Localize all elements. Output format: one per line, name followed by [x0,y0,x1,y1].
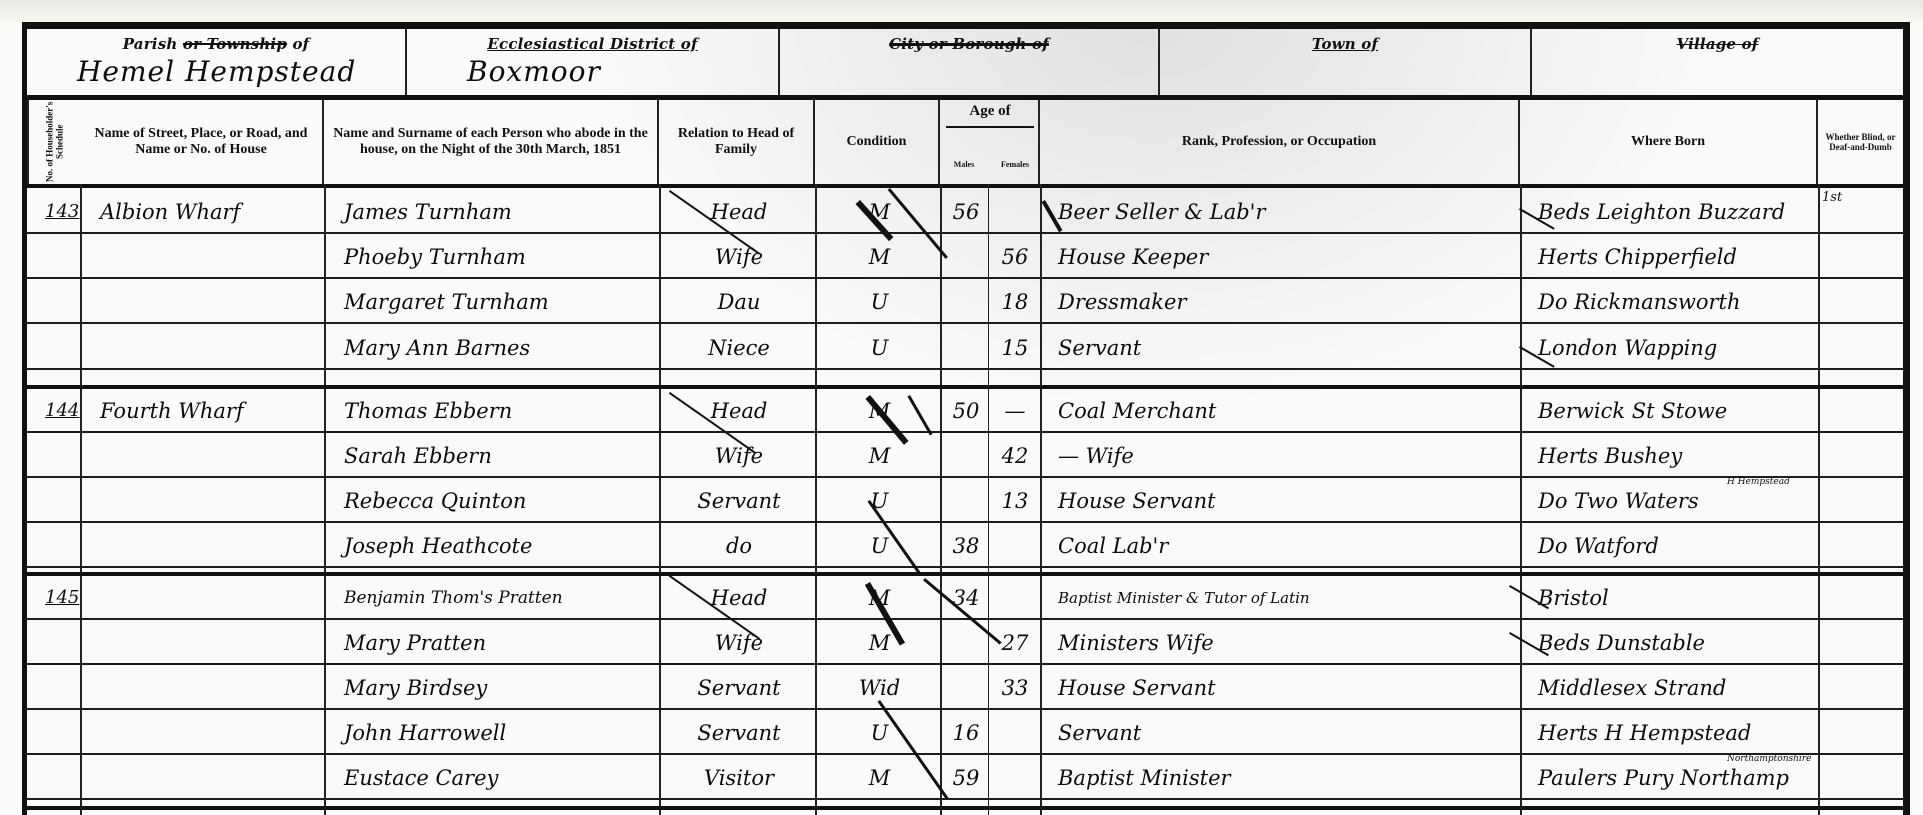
birthplace-cell: Herts Chipperfield [1520,235,1818,279]
row-rule [27,798,1903,800]
row-rule [27,476,1903,478]
relation-cell: Niece [661,326,817,370]
table-row: Sarah EbbernWifeM42— WifeHerts Bushey [27,434,1903,478]
infirmity-cell [1818,621,1903,665]
city-borough-label: City or Borough of [780,35,1158,53]
occupation-cell: Beer Seller & Lab'r [1040,190,1520,234]
age-female-cell: 13 [990,479,1040,523]
parish-label: Parish or Township of [27,35,405,53]
table-row: Joseph HeathcotedoU38Coal Lab'rDo Watfor… [27,524,1903,568]
relation-cell: Servant [661,666,817,710]
age-female-cell [990,190,1040,234]
relation-cell: Wife [661,235,817,279]
person-name: James Turnham [326,190,661,234]
infirmity-cell [1818,434,1903,478]
condition-cell: U [817,280,942,324]
condition-cell: M [817,235,942,279]
schedule-number [27,479,80,523]
infirmity-cell [1818,524,1903,568]
birthplace-cell: Bristol [1520,576,1818,620]
occupation-cell: House Servant [1040,666,1520,710]
condition-cell: M [817,434,942,478]
row-rule [27,232,1903,234]
occupation-cell: Dressmaker [1040,280,1520,324]
age-male-cell [942,434,990,478]
schedule-number [27,711,80,755]
infirmity-cell [1818,235,1903,279]
table-row: Phoeby TurnhamWifeM56House KeeperHerts C… [27,235,1903,279]
relation-cell: Head [661,389,817,433]
birthplace-cell: Herts H Hempstead [1520,711,1818,755]
row-rule [27,322,1903,324]
person-name: John Harrowell [326,711,661,755]
birthplace-cell: Berwick St Stowe [1520,389,1818,433]
occupation-cell: House Keeper [1040,235,1520,279]
row-rule [27,431,1903,433]
col-header-age-males: Males [940,160,988,169]
occupation-cell: House Servant [1040,479,1520,523]
page-top-margin [0,0,1923,22]
birthplace-cell: Do Watford [1520,524,1818,568]
street-cell [82,711,326,755]
parish-value: Hemel Hempstead [27,55,405,88]
table-row: Mary BirdseyServantWid33House ServantMid… [27,666,1903,710]
right-border [1903,184,1910,815]
street-cell [82,524,326,568]
age-male-cell [942,235,990,279]
street-cell [82,576,326,620]
row-rule [27,753,1903,755]
person-name: Mary Pratten [326,621,661,665]
schedule-number [27,280,80,324]
infirmity-cell [1818,479,1903,523]
col-header-age: Age of [940,103,1040,120]
col-header-condition: Condition [815,99,940,184]
age-female-cell: — [990,389,1040,433]
col-header-occupation: Rank, Profession, or Occupation [1040,99,1520,184]
relation-cell: Wife [661,621,817,665]
col-header-infirmity: Whether Blind, or Deaf-and-Dumb [1818,99,1903,184]
street-cell: Albion Wharf [82,190,326,234]
table-row: Eustace CareyVisitorM59Baptist MinisterP… [27,756,1903,800]
street-cell [82,280,326,324]
ecclesiastical-district-box: Ecclesiastical District of Boxmoor [407,29,780,96]
occupation-cell: Coal Merchant [1040,389,1520,433]
person-name: Benjamin Thom's Pratten [326,576,661,620]
row-rule [27,277,1903,279]
relation-cell: do [661,524,817,568]
age-male-cell [942,666,990,710]
schedule-number [27,666,80,710]
age-male-cell: 50 [942,389,990,433]
table-row: 144Fourth WharfThomas EbbernHeadM50—Coal… [27,389,1903,433]
street-cell [82,479,326,523]
birthplace-note: H Hempstead [1727,477,1790,487]
town-label: Town of [1160,35,1530,53]
schedule-number [27,621,80,665]
schedule-number [27,434,80,478]
occupation-cell: Servant [1040,326,1520,370]
age-male-cell [942,479,990,523]
person-name: Margaret Turnham [326,280,661,324]
age-male-cell [942,280,990,324]
ecclesiastical-district-label: Ecclesiastical District of [407,35,778,53]
person-name: Rebecca Quinton [326,479,661,523]
age-female-cell: 18 [990,280,1040,324]
age-female-cell [990,711,1040,755]
table-row: Mary PrattenWifeM27Ministers WifeBeds Du… [27,621,1903,665]
condition-cell: M [817,621,942,665]
infirmity-cell [1818,756,1903,800]
schedule-number: 144 [27,389,80,433]
birthplace-note: Northamptonshire [1727,754,1811,764]
birthplace-cell: Herts Bushey [1520,434,1818,478]
infirmity-cell [1818,576,1903,620]
birthplace-cell: Beds Dunstable [1520,621,1818,665]
census-page: Parish or Township of Hemel Hempstead Ec… [0,0,1923,815]
infirmity-cell [1818,711,1903,755]
infirmity-cell [1818,280,1903,324]
household-separator [27,385,1903,389]
table-row: Margaret TurnhamDauU18DressmakerDo Rickm… [27,280,1903,324]
table-row: Rebecca QuintonServantU13House ServantDo… [27,479,1903,523]
table-row: 143Albion WharfJames TurnhamHeadM56Beer … [27,190,1903,234]
schedule-number: 143 [27,190,80,234]
street-cell [82,666,326,710]
age-female-cell [990,756,1040,800]
village-label: Village of [1532,35,1903,53]
condition-cell: U [817,524,942,568]
header-bottom-rule [22,184,1903,188]
town-box: Town of [1160,29,1532,96]
person-name: Eustace Carey [326,756,661,800]
household-separator [27,572,1903,576]
age-male-cell: 59 [942,756,990,800]
row-rule [27,566,1903,568]
person-name: Mary Birdsey [326,666,661,710]
col-header-age-females: Females [990,160,1040,169]
condition-cell: U [817,326,942,370]
age-female-cell: 42 [990,434,1040,478]
person-name: Joseph Heathcote [326,524,661,568]
col-header-where-born: Where Born [1520,99,1818,184]
relation-cell: Head [661,576,817,620]
row-rule [27,663,1903,665]
infirmity-annotation: 1st [1822,190,1842,205]
street-cell [82,621,326,665]
schedule-number [27,524,80,568]
row-rule [27,521,1903,523]
occupation-cell: Ministers Wife [1040,621,1520,665]
row-rule [27,708,1903,710]
age-header-rule [946,126,1034,128]
person-name: Thomas Ebbern [326,389,661,433]
occupation-cell: Baptist Minister & Tutor of Latin [1040,576,1520,620]
age-male-cell: 38 [942,524,990,568]
parish-box: Parish or Township of Hemel Hempstead [27,29,407,96]
relation-cell: Head [661,190,817,234]
col-header-name: Name and Surname of each Person who abod… [324,99,659,184]
street-cell [82,235,326,279]
birthplace-cell: Beds Leighton Buzzard [1520,190,1818,234]
occupation-cell: Servant [1040,711,1520,755]
birthplace-cell: Middlesex Strand [1520,666,1818,710]
age-female-cell [990,524,1040,568]
birthplace-cell: Do Rickmansworth [1520,280,1818,324]
schedule-number [27,756,80,800]
birthplace-cell: London Wapping [1520,326,1818,370]
relation-cell: Servant [661,711,817,755]
relation-cell: Servant [661,479,817,523]
infirmity-cell [1818,389,1903,433]
table-row: John HarrowellServantU16ServantHerts H H… [27,711,1903,755]
occupation-cell: Coal Lab'r [1040,524,1520,568]
age-female-cell: 56 [990,235,1040,279]
col-header-schedule: No. of Householder's Schedule [27,99,80,184]
age-female-cell [990,576,1040,620]
person-name: Mary Ann Barnes [326,326,661,370]
condition-cell: U [817,711,942,755]
age-male-cell: 16 [942,711,990,755]
age-male-cell [942,326,990,370]
infirmity-cell [1818,326,1903,370]
street-cell [82,326,326,370]
row-rule [27,618,1903,620]
village-box: Village of [1532,29,1903,96]
person-name: Phoeby Turnham [326,235,661,279]
street-cell [82,434,326,478]
schedule-number: 145 [27,576,80,620]
infirmity-cell [1818,666,1903,710]
street-cell [82,756,326,800]
ecclesiastical-district-value: Boxmoor [407,55,778,88]
age-male-cell: 56 [942,190,990,234]
household-separator [27,806,1903,810]
schedule-number [27,235,80,279]
relation-cell: Visitor [661,756,817,800]
table-row: Mary Ann BarnesNieceU15ServantLondon Wap… [27,326,1903,370]
age-female-cell: 15 [990,326,1040,370]
relation-cell: Dau [661,280,817,324]
person-name: Sarah Ebbern [326,434,661,478]
col-header-street: Name of Street, Place, or Road, and Name… [80,99,324,184]
occupation-cell: Baptist Minister [1040,756,1520,800]
occupation-cell: — Wife [1040,434,1520,478]
city-borough-box: City or Borough of [780,29,1160,96]
col-header-relation: Relation to Head of Family [659,99,815,184]
schedule-number [27,326,80,370]
row-rule [27,368,1903,370]
age-female-cell: 33 [990,666,1040,710]
street-cell: Fourth Wharf [82,389,326,433]
